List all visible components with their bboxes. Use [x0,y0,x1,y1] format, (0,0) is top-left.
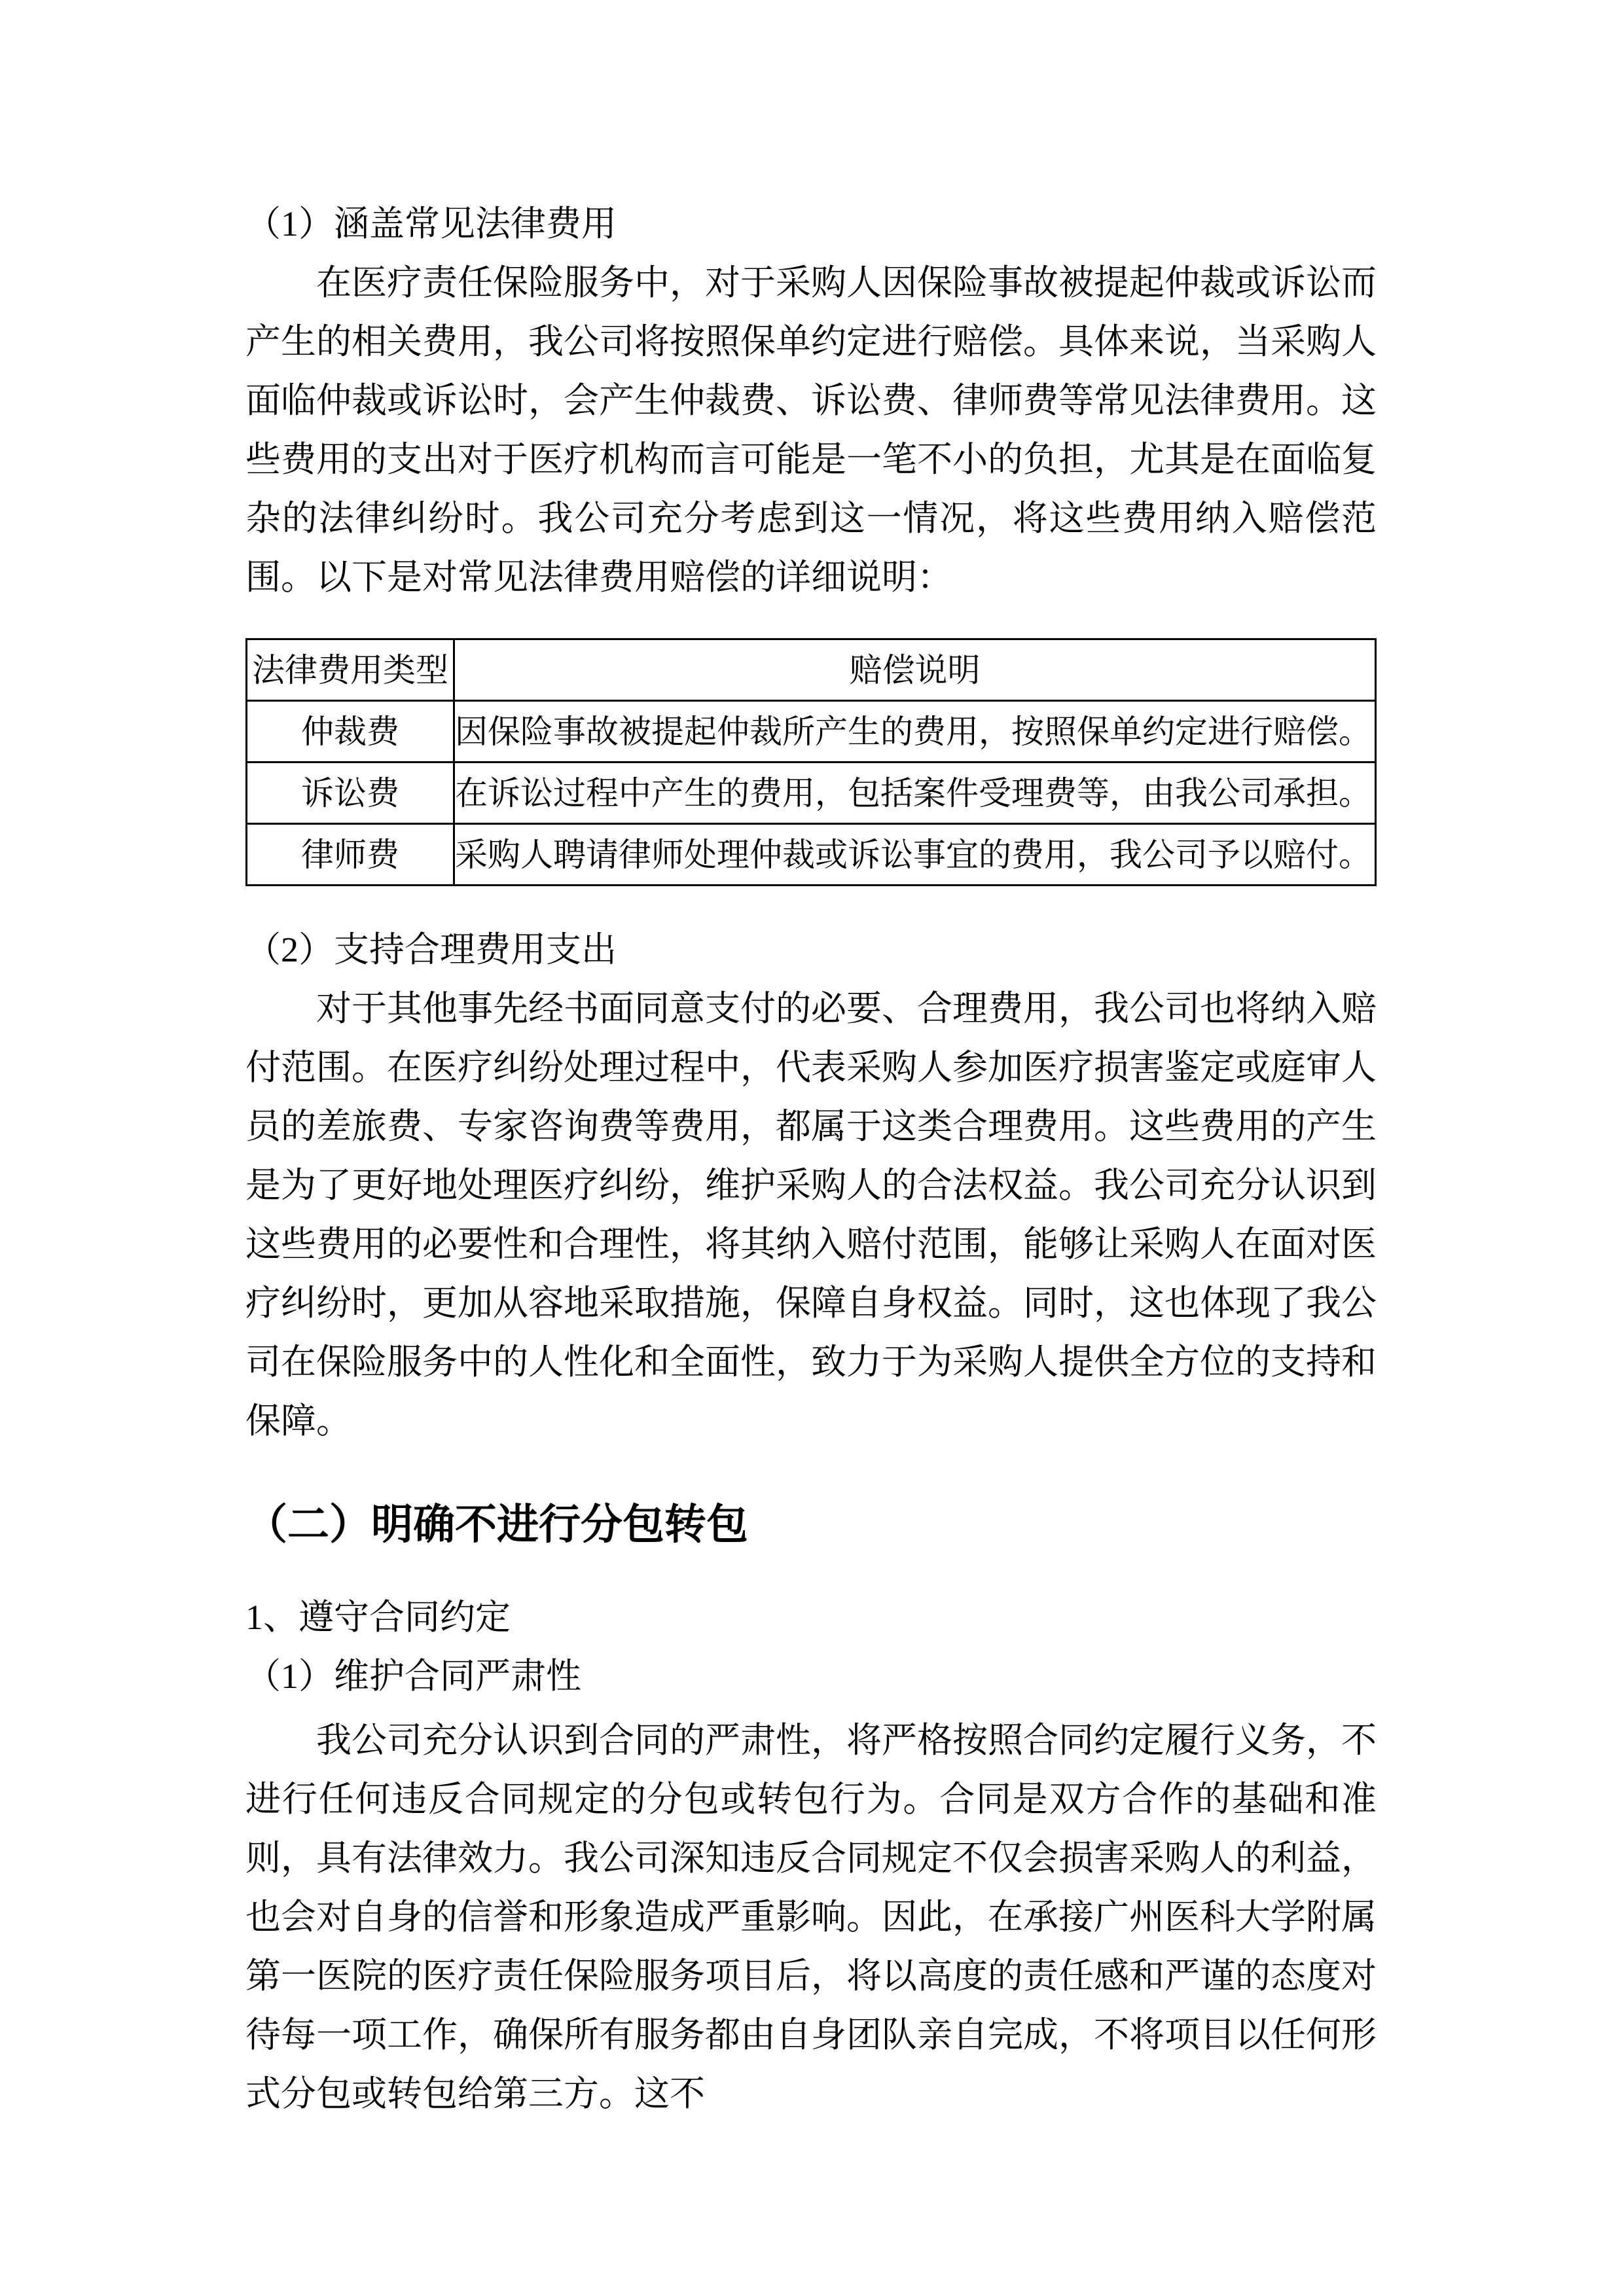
table-header-row: 法律费用类型 赔偿说明 [247,639,1376,701]
table-row: 仲裁费 因保险事故被提起仲裁所产生的费用，按照保单约定进行赔偿。 [247,701,1376,762]
fee-desc-cell: 因保险事故被提起仲裁所产生的费用，按照保单约定进行赔偿。 [454,701,1376,762]
heading-maintain-contract-seriousness: （1）维护合同严肃性 [245,1647,1377,1706]
fee-type-cell: 诉讼费 [247,762,454,824]
fee-desc-cell: 采购人聘请律师处理仲裁或诉讼事宜的费用，我公司予以赔付。 [454,824,1376,886]
column-header-compensation-desc: 赔偿说明 [454,639,1376,701]
document-content: （1）涵盖常见法律费用 在医疗责任保险服务中，对于采购人因保险事故被提起仲裁或诉… [245,194,1377,2123]
paragraph-legal-fees-intro: 在医疗责任保险服务中，对于采购人因保险事故被提起仲裁或诉讼而产生的相关费用，我公… [245,253,1377,607]
heading-no-subcontracting: （二）明确不进行分包转包 [245,1494,1377,1556]
table-row: 诉讼费 在诉讼过程中产生的费用，包括案件受理费等，由我公司承担。 [247,762,1376,824]
document-page: （1）涵盖常见法律费用 在医疗责任保险服务中，对于采购人因保险事故被提起仲裁或诉… [0,0,1624,2296]
fee-desc-cell: 在诉讼过程中产生的费用，包括案件受理费等，由我公司承担。 [454,762,1376,824]
legal-fee-table: 法律费用类型 赔偿说明 仲裁费 因保险事故被提起仲裁所产生的费用，按照保单约定进… [245,638,1377,886]
fee-type-cell: 仲裁费 [247,701,454,762]
heading-abide-by-contract: 1、遵守合同约定 [245,1588,1377,1647]
table-row: 律师费 采购人聘请律师处理仲裁或诉讼事宜的费用，我公司予以赔付。 [247,824,1376,886]
heading-covered-legal-fees: （1）涵盖常见法律费用 [245,194,1377,253]
heading-reasonable-expenses: （2）支持合理费用支出 [245,920,1377,979]
legal-fee-table-body: 仲裁费 因保险事故被提起仲裁所产生的费用，按照保单约定进行赔偿。 诉讼费 在诉讼… [247,701,1376,886]
paragraph-reasonable-expenses: 对于其他事先经书面同意支付的必要、合理费用，我公司也将纳入赔付范围。在医疗纠纷处… [245,979,1377,1450]
paragraph-contract-seriousness: 我公司充分认识到合同的严肃性，将严格按照合同约定履行义务，不进行任何违反合同规定… [245,1711,1377,2123]
fee-type-cell: 律师费 [247,824,454,886]
column-header-fee-type: 法律费用类型 [247,639,454,701]
legal-fee-table-head: 法律费用类型 赔偿说明 [247,639,1376,701]
